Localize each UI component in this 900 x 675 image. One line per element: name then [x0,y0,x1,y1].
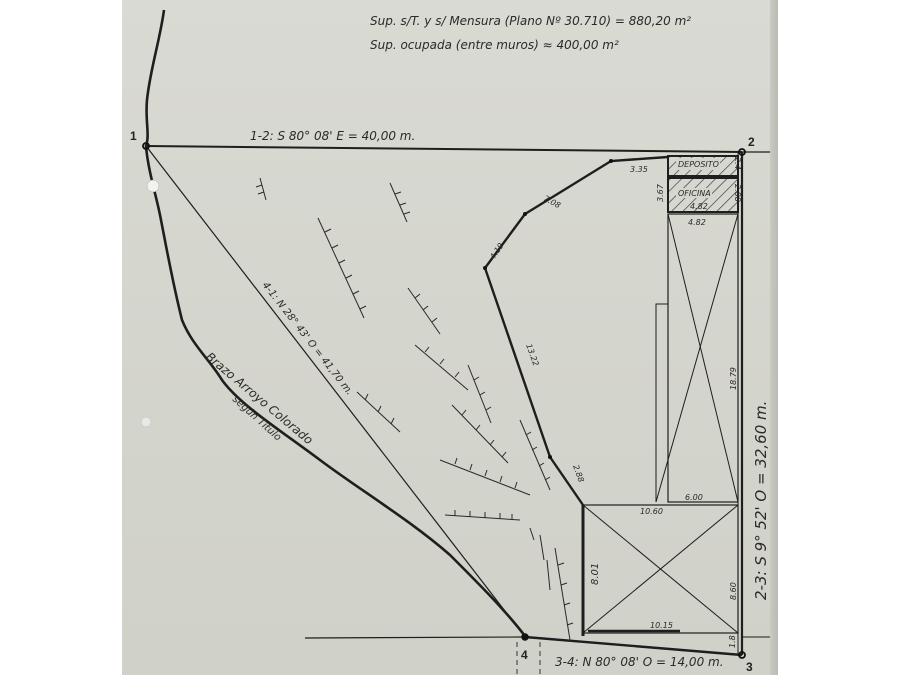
boundary-3-4-label: 3-4: N 80° 08' O = 14,00 m. [555,655,724,669]
dim-2-4: 2.4 [733,157,742,170]
area-title-line-1: Sup. s/T. y s/ Mensura (Plano Nº 30.710)… [370,14,691,28]
dim-13-22: 13.22 [524,343,540,368]
area-title-line-2: Sup. ocupada (entre muros) ≈ 400,00 m² [370,38,619,52]
dim-1-8: 1.8 [728,635,737,648]
dim-6-00: 6.00 [685,493,703,502]
dim-10-60: 10.60 [640,507,663,516]
boundary-2-3-label: 2-3: S 9° 52' O = 32,60 m. [752,401,770,600]
boundary-4-1 [146,146,525,637]
vertex-1-label: 1 [130,129,137,143]
slope-hachures [260,178,570,640]
dim-2-88-oficina: 2.88 [733,184,742,202]
dim-8-60: 8.60 [729,582,738,600]
room-deposito-label: DEPOSITO [678,160,719,169]
boundary-1-2 [146,146,742,152]
vertex-4-marker [522,634,528,640]
dim-3-35: 3.35 [630,165,648,174]
dim-2-88: 2.88 [571,464,586,484]
building-wall-outline [485,157,668,505]
boundary-4-1-label: 4-1: N 28° 43' O = 41,70 m. [260,280,355,397]
dim-4-82: 4.82 [688,218,706,227]
dim-18-79: 18.79 [729,367,738,390]
vertex-3-label: 3 [746,660,753,674]
room-oficina-label: OFICINA [678,189,711,198]
survey-plan-drawing: Sup. s/T. y s/ Mensura (Plano Nº 30.710)… [0,0,900,675]
boundary-1-2-label: 1-2: S 80° 08' E = 40,00 m. [250,129,415,143]
stream-line [146,10,525,636]
stream-label: Brazo Arroyo Colorado [203,350,316,448]
vertex-2-label: 2 [748,135,755,149]
dim-3-67: 3.67 [656,183,665,202]
boundary-3-4 [525,637,742,655]
vertex-4-label: 4 [521,648,528,662]
punch-hole [147,180,159,192]
dim-4-82-oficina: 4.82 [690,202,708,211]
dim-10-15: 10.15 [650,621,673,630]
dim-7-08: 7.08 [542,194,562,210]
punch-hole [141,417,151,427]
dim-8-01: 8.01 [590,563,601,585]
